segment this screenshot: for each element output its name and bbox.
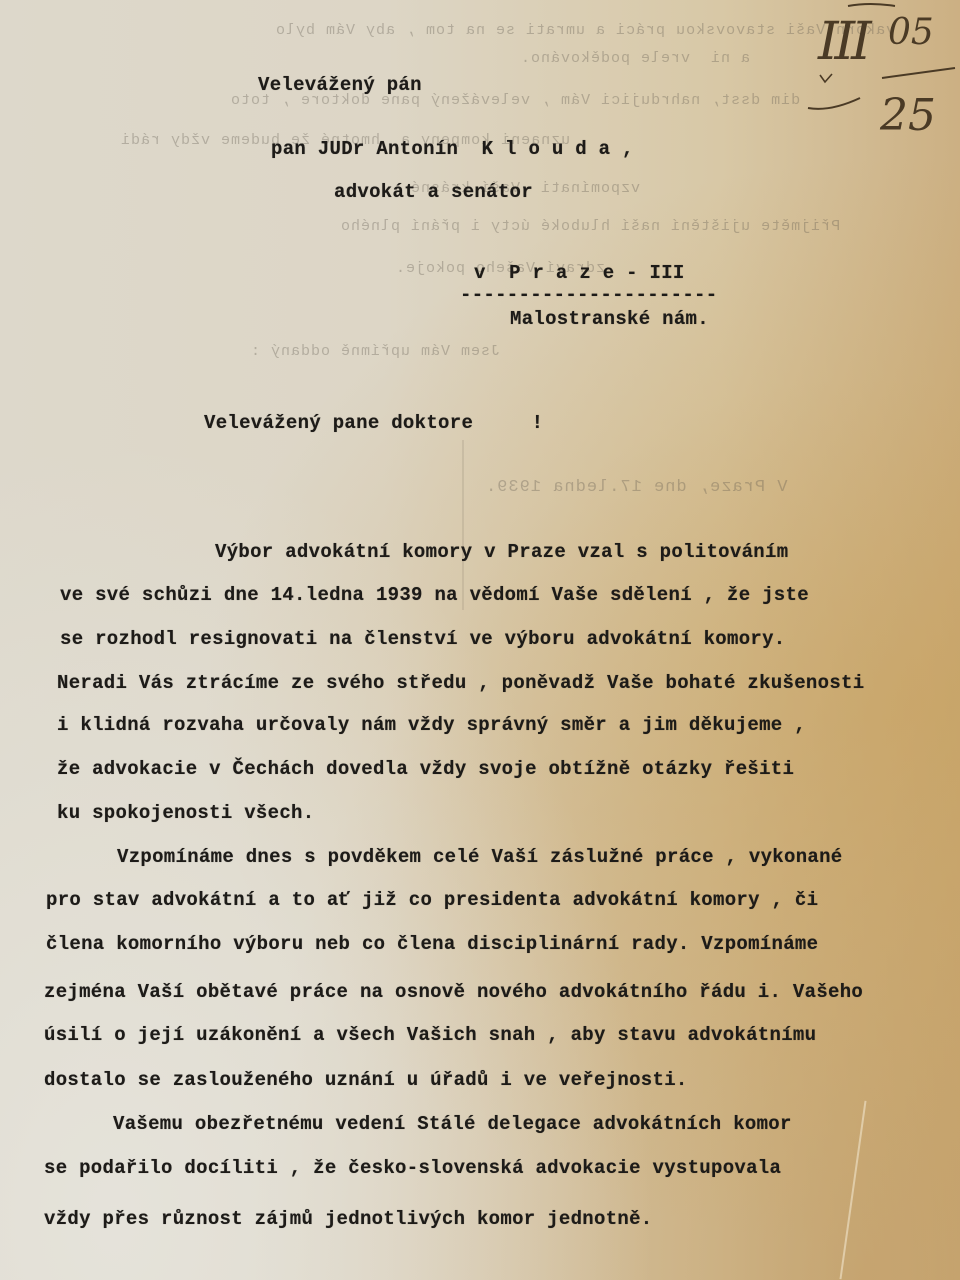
body-line: i klidná rozvaha určovaly nám vždy správ…	[57, 714, 806, 736]
body-line: zejména Vaší obětavé práce na osnově nov…	[44, 981, 863, 1003]
body-line: úsilí o její uzákonění a všech Vašich sn…	[44, 1024, 816, 1046]
body-line: vždy přes různost zájmů jednotlivých kom…	[44, 1208, 653, 1230]
handwritten-superscript: 05	[888, 12, 934, 53]
body-line: ve své schůzi dne 14.ledna 1939 na vědom…	[60, 584, 809, 606]
addressee-city: v P r a z e - III	[474, 262, 685, 284]
body-line: Vzpomínáme dnes s povděkem celé Vaší zás…	[117, 846, 843, 868]
addressee-salutation: Velevážený pán	[258, 74, 422, 96]
body-line: Vašemu obezřetnému vedení Stálé delegace…	[113, 1113, 792, 1135]
body-line: ku spokojenosti všech.	[57, 802, 314, 824]
greeting: Velevážený pane doktore !	[204, 412, 543, 434]
body-line: pro stav advokátní a to ať již co presid…	[46, 889, 818, 911]
addressee-street: Malostranské nám.	[510, 308, 709, 330]
addressee-title: advokát a senátor	[334, 181, 533, 203]
addressee-underline: ----------------------	[460, 284, 717, 306]
paper-crease	[839, 1101, 866, 1280]
body-line: dostalo se zaslouženého uznání u úřadů i…	[44, 1069, 688, 1091]
body-line: že advokacie v Čechách dovedla vždy svoj…	[57, 758, 794, 780]
bleed-through-text: V Praze, dne 17.ledna 1939.	[485, 478, 787, 497]
handwritten-denominator: 25	[880, 90, 936, 141]
body-line: se podařilo docíliti , že česko-slovensk…	[44, 1157, 781, 1179]
bleed-through-text: Přijměte ujištění naší hluboké úcty i př…	[340, 218, 840, 235]
bleed-through-text: a ni vrele poděkováno.	[520, 50, 750, 67]
letter-page: vakorn Vaši stavovskou práci a umrati se…	[0, 0, 960, 1280]
body-line: se rozhodl resignovati na členství ve vý…	[60, 628, 786, 650]
handwritten-roman: III	[818, 12, 868, 72]
addressee-name: pan JUDr Antonín K l o u d a ,	[271, 138, 634, 160]
bleed-through-text: Jsem Vám upřímně oddaný :	[250, 343, 500, 360]
body-line: člena komorního výboru neb co člena disc…	[46, 933, 818, 955]
body-line: Výbor advokátní komory v Praze vzal s po…	[215, 541, 788, 563]
body-line: Neradi Vás ztrácíme ze svého středu , po…	[57, 672, 864, 694]
